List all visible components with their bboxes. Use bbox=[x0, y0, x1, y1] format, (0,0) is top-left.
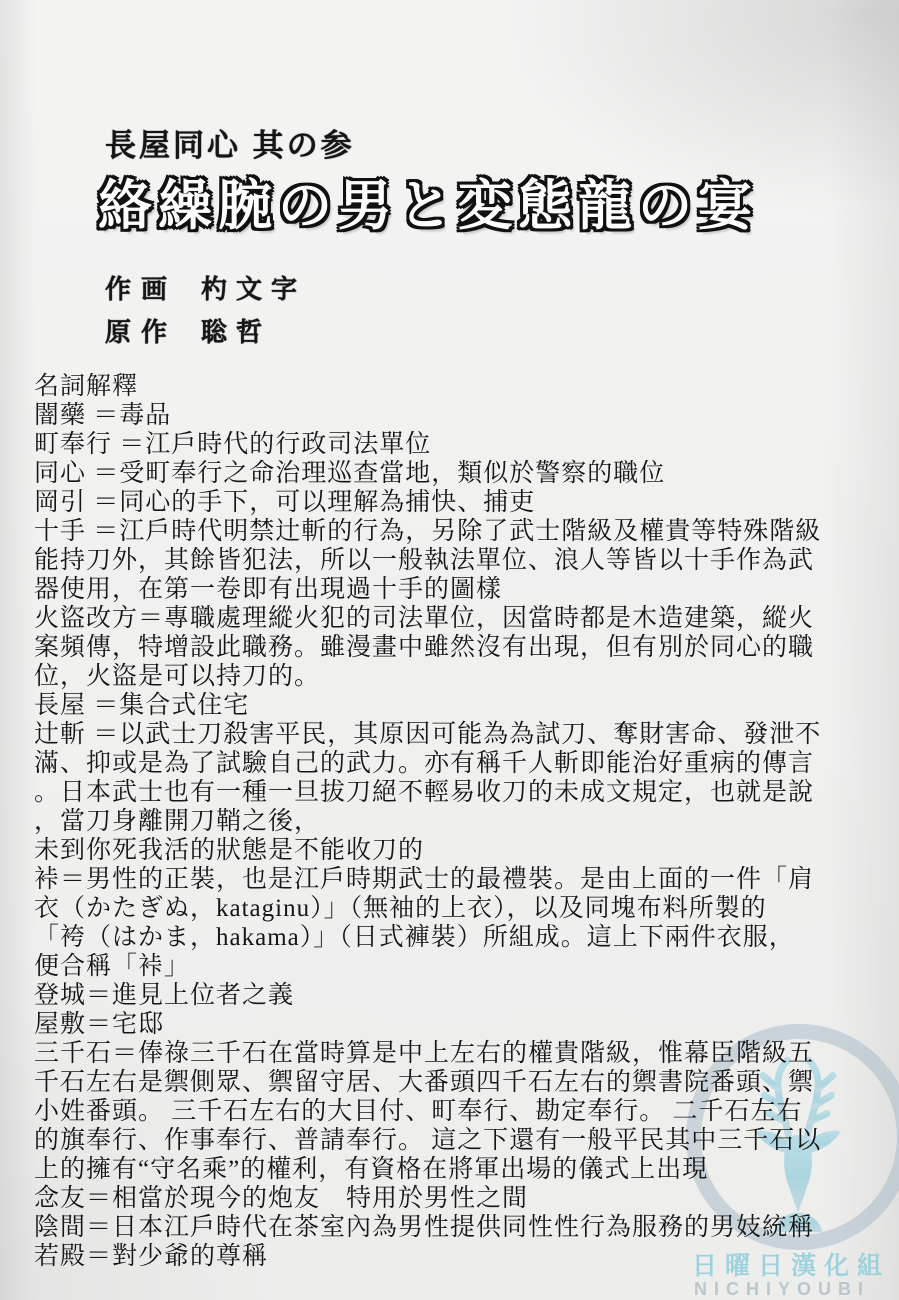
glossary-line: 登城＝進見上位者之義 bbox=[34, 981, 894, 1010]
glossary-text: 名詞解釋闇藥 ＝毒品町奉行 ＝江戶時代的行政司法單位同心 ＝受町奉行之命治理巡查… bbox=[34, 372, 894, 1271]
glossary-line: 三千石＝俸祿三千石在當時算是中上左右的權貴階級，惟幕臣階級五 bbox=[34, 1039, 894, 1068]
glossary-line: ，當刀身離開刀鞘之後， bbox=[34, 807, 894, 836]
glossary-line: 千石左右是禦側眾、禦留守居、大番頭四千石左右的禦書院番頭、禦 bbox=[34, 1068, 894, 1097]
glossary-line: 名詞解釋 bbox=[34, 372, 894, 401]
glossary-line: 衣（かたぎぬ，kataginu）」（無袖的上衣），以及同塊布料所製的 bbox=[34, 894, 894, 923]
glossary-line: 闇藥 ＝毒品 bbox=[34, 401, 894, 430]
credit-original-role: 原作 bbox=[105, 317, 177, 347]
credit-original-name: 聡哲 bbox=[201, 317, 271, 347]
glossary-line: 能持刀外，其餘皆犯法，所以一般執法單位、浪人等皆以十手作為武 bbox=[34, 546, 894, 575]
episode-title: 絡繰腕の男と変態龍の宴 bbox=[98, 163, 758, 240]
glossary-line: 未到你死我活的狀態是不能收刀的 bbox=[34, 836, 894, 865]
glossary-line: 長屋 ＝集合式住宅 bbox=[34, 691, 894, 720]
glossary-line: 上的擁有“守名乘”的權利，有資格在將軍出場的儀式上出現 bbox=[34, 1155, 894, 1184]
credit-art: 作画杓文字 bbox=[105, 269, 306, 306]
glossary-line: 裃＝男性的正裝，也是江戶時期武士的最禮裝。是由上面的一件「肩 bbox=[34, 865, 894, 894]
glossary-line: 岡引 ＝同心的手下，可以理解為捕快、捕吏 bbox=[34, 488, 894, 517]
scanned-glossary-page: 日曜日漢化組 NICHIYOUBI 長屋同心 其の参 絡繰腕の男と変態龍の宴 作… bbox=[0, 0, 899, 1300]
credit-art-role: 作画 bbox=[105, 274, 177, 304]
glossary-line: 町奉行 ＝江戶時代的行政司法單位 bbox=[34, 430, 894, 459]
glossary-line: 念友＝相當於現今的炮友 特用於男性之間 bbox=[34, 1184, 894, 1213]
watermark-group-name-latin: NICHIYOUBI bbox=[694, 1279, 894, 1300]
glossary-line: 辻斬 ＝以武士刀殺害平民，其原因可能為為試刀、奪財害命、發泄不 bbox=[34, 720, 894, 749]
glossary-line: 便合稱「裃」 bbox=[34, 952, 894, 981]
credit-original: 原作聡哲 bbox=[105, 312, 271, 349]
glossary-line: 位，火盜是可以持刀的。 bbox=[34, 662, 894, 691]
glossary-line: 。日本武士也有一種一旦拔刀絕不輕易收刀的未成文規定，也就是說 bbox=[34, 778, 894, 807]
glossary-line: 滿、抑或是為了試驗自己的武力。亦有稱千人斬即能治好重病的傳言 bbox=[34, 749, 894, 778]
glossary-line: 同心 ＝受町奉行之命治理巡查當地，類似於警察的職位 bbox=[34, 459, 894, 488]
glossary-line: 陰間＝日本江戶時代在茶室內為男性提供同性性行為服務的男妓統稱 bbox=[34, 1213, 894, 1242]
glossary-line: 「袴（はかま，hakama）」（日式褲裝）所組成。這上下兩件衣服， bbox=[34, 923, 894, 952]
glossary-line: 十手 ＝江戶時代明禁辻斬的行為，另除了武士階級及權貴等特殊階級 bbox=[34, 517, 894, 546]
credit-art-name: 杓文字 bbox=[201, 274, 306, 304]
glossary-line: 的旗奉行、作事奉行、普請奉行。 這之下還有一般平民其中三千石以 bbox=[34, 1126, 894, 1155]
glossary-line: 器使用，在第一卷即有出現過十手的圖樣 bbox=[34, 575, 894, 604]
glossary-line: 火盜改方＝專職處理縱火犯的司法單位，因當時都是木造建築，縱火 bbox=[34, 604, 894, 633]
glossary-line: 小姓番頭。 三千石左右的大目付、町奉行、勘定奉行。 二千石左右 bbox=[34, 1097, 894, 1126]
series-title: 長屋同心 其の参 bbox=[105, 120, 355, 165]
glossary-line: 若殿＝對少爺的尊稱 bbox=[34, 1242, 894, 1271]
glossary-line: 屋敷＝宅邸 bbox=[34, 1010, 894, 1039]
glossary-line: 案頻傳，特增設此職務。雖漫畫中雖然沒有出現，但有別於同心的職 bbox=[34, 633, 894, 662]
